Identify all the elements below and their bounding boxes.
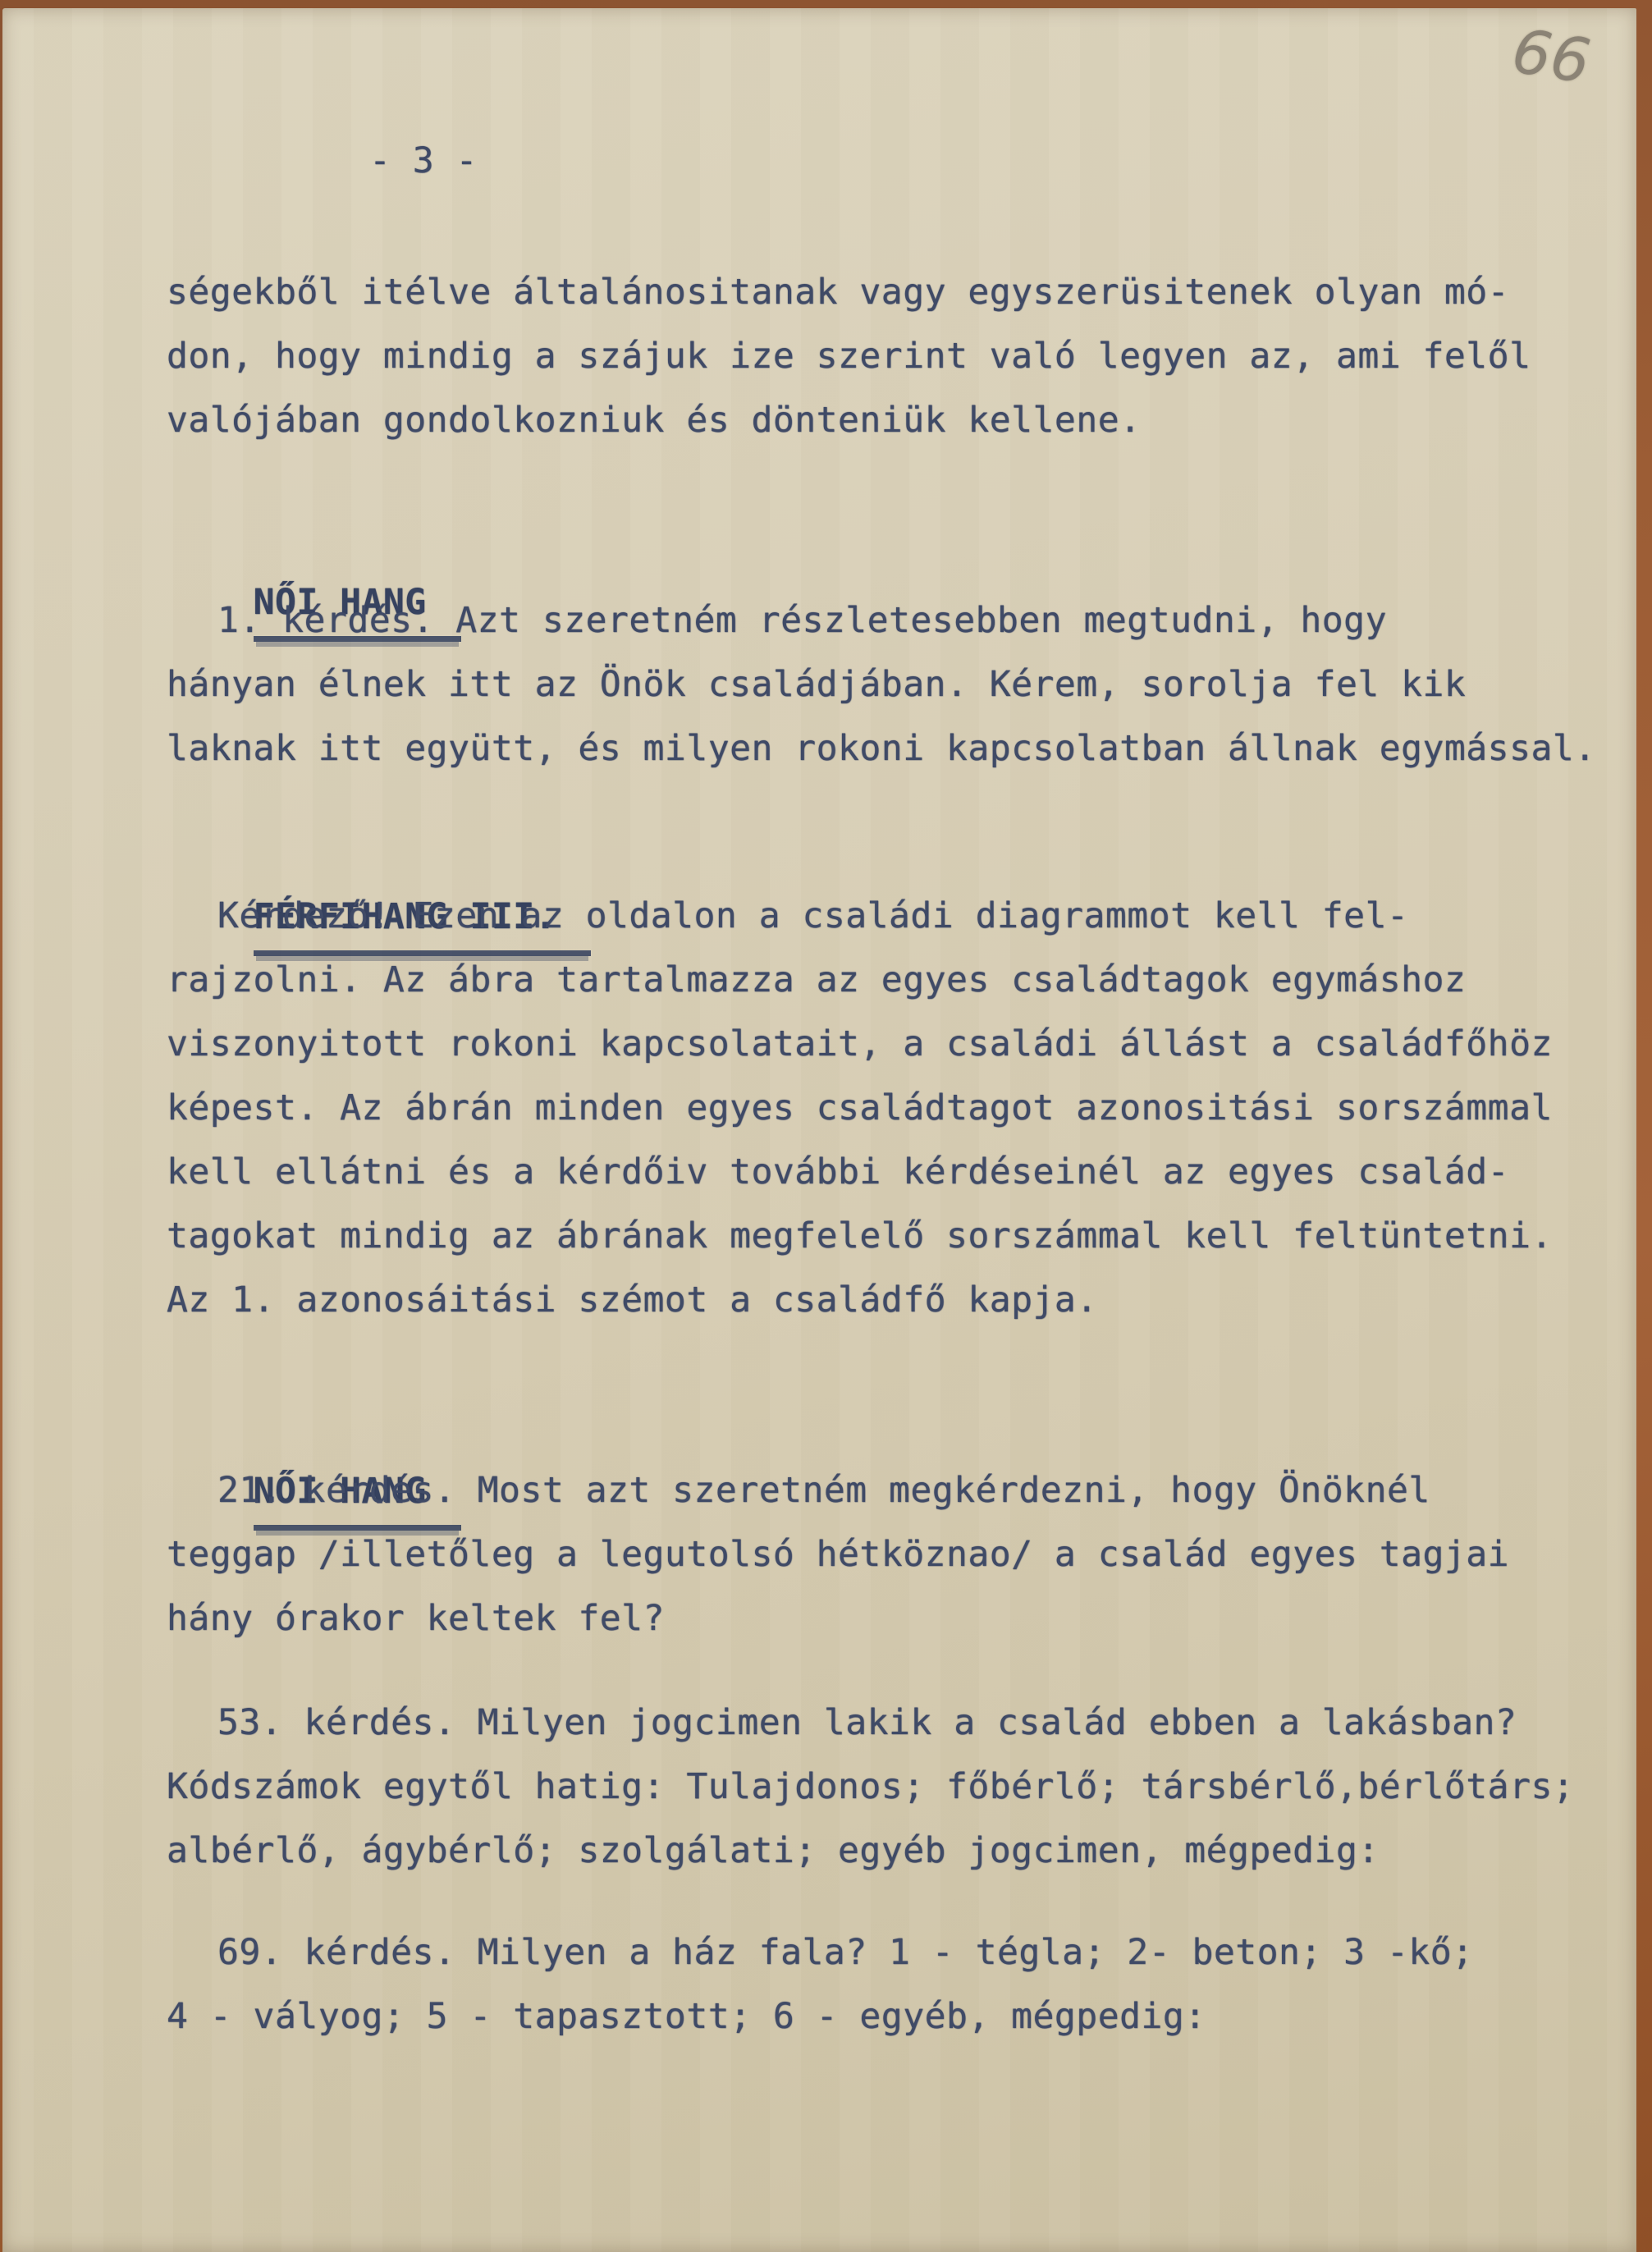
text-line: tagokat mindig az ábrának megfelelő sors…: [167, 1204, 1587, 1268]
paragraph-question-1: 1. kérdés. Azt szeretném részletesebben …: [167, 588, 1587, 780]
text-line: viszonyitott rokoni kapcsolatait, a csal…: [167, 1012, 1587, 1076]
text-line: Kérdező! Ezen az oldalon a családi diagr…: [167, 884, 1587, 948]
paragraph-question-69: 69. kérdés. Milyen a ház fala? 1 - tégla…: [167, 1920, 1587, 2048]
text-line: hány órakor keltek fel?: [167, 1586, 1587, 1650]
text-line: albérlő, ágybérlő; szolgálati; egyéb jog…: [167, 1819, 1587, 1883]
page-number: - 3 -: [369, 129, 478, 193]
text-line: don, hogy mindig a szájuk ize szerint va…: [167, 324, 1587, 388]
text-line: 21. kérdés. Most azt szeretném megkérdez…: [167, 1458, 1587, 1522]
paragraph-intro: ségekből itélve általánositanak vagy egy…: [167, 260, 1587, 452]
document-page: 66 - 3 - ségekből itélve általánositanak…: [2, 8, 1636, 2252]
text-line: 53. kérdés. Milyen jogcimen lakik a csal…: [167, 1691, 1587, 1755]
text-line: hányan élnek itt az Önök családjában. Ké…: [167, 652, 1587, 716]
text-line: képest. Az ábrán minden egyes családtago…: [167, 1076, 1587, 1140]
text-line: rajzolni. Az ábra tartalmazza az egyes c…: [167, 948, 1587, 1012]
text-line: Kódszámok egytől hatig: Tulajdonos; főbé…: [167, 1755, 1587, 1819]
text-line: 69. kérdés. Milyen a ház fala? 1 - tégla…: [167, 1920, 1587, 1984]
text-line: teggap /illetőleg a legutolsó hétköznao/…: [167, 1522, 1587, 1586]
paragraph-question-53: 53. kérdés. Milyen jogcimen lakik a csal…: [167, 1691, 1587, 1883]
text-line: laknak itt együtt, és milyen rokoni kapc…: [167, 716, 1587, 780]
text-line: valójában gondolkozniuk és dönteniük kel…: [167, 388, 1587, 452]
text-line: ségekből itélve általánositanak vagy egy…: [167, 260, 1587, 324]
text-line: kell ellátni és a kérdőiv további kérdés…: [167, 1140, 1587, 1204]
text-line: 4 - vályog; 5 - tapasztott; 6 - egyéb, m…: [167, 1984, 1587, 2048]
text-line: 1. kérdés. Azt szeretném részletesebben …: [167, 588, 1587, 652]
text-line: Az 1. azonosáitási szémot a családfő kap…: [167, 1268, 1587, 1332]
handwritten-page-number: 66: [1508, 16, 1595, 98]
paragraph-interviewer-instructions: Kérdező! Ezen az oldalon a családi diagr…: [167, 884, 1587, 1332]
paragraph-question-21: 21. kérdés. Most azt szeretném megkérdez…: [167, 1458, 1587, 1650]
